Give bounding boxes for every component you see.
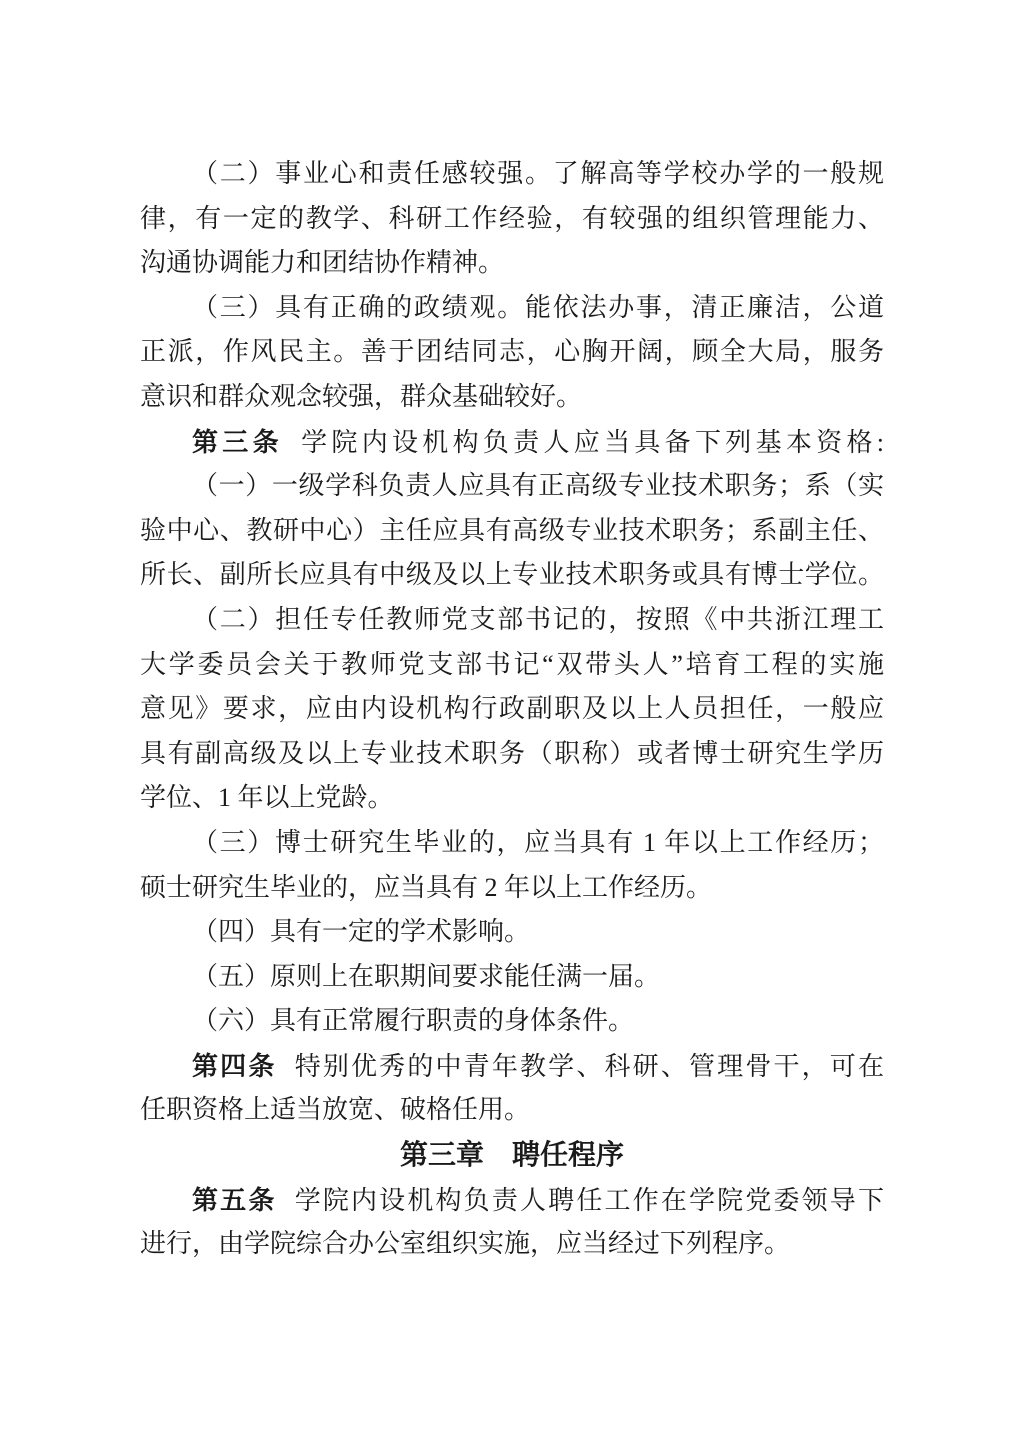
document-line: 进行，由学院综合办公室组织实施，应当经过下列程序。 [140, 1222, 884, 1267]
line-text: 学院内设机构负责人聘任工作在学院党委领导下 [295, 1186, 884, 1215]
document-line: 所长、副所长应具有中级及以上专业技术职务或具有博士学位。 [140, 553, 884, 598]
document-line: 验中心、教研中心）主任应具有高级专业技术职务；系副主任、 [140, 509, 884, 554]
document-line: （一）一级学科负责人应具有正高级专业技术职务；系（实 [140, 464, 884, 509]
document-line: （四）具有一定的学术影响。 [140, 910, 884, 955]
document-line: 学位、1 年以上党龄。 [140, 776, 884, 821]
document-line: 第五条学院内设机构负责人聘任工作在学院党委领导下 [140, 1178, 884, 1223]
document-body: （二）事业心和责任感较强。了解高等学校办学的一般规律，有一定的教学、科研工作经验… [140, 152, 884, 1267]
document-line: 大学委员会关于教师党支部书记“双带头人”培育工程的实施 [140, 643, 884, 688]
article-number: 第五条 [192, 1185, 277, 1215]
article-number: 第四条 [192, 1051, 277, 1081]
document-line: 律，有一定的教学、科研工作经验，有较强的组织管理能力、 [140, 197, 884, 242]
document-line: 正派，作风民主。善于团结同志，心胸开阔，顾全大局，服务 [140, 330, 884, 375]
document-line: 硕士研究生毕业的，应当具有 2 年以上工作经历。 [140, 866, 884, 911]
document-line: （六）具有正常履行职责的身体条件。 [140, 999, 884, 1044]
document-line: 意见》要求，应由内设机构行政副职及以上人员担任，一般应 [140, 687, 884, 732]
document-line: （二）担任专任教师党支部书记的，按照《中共浙江理工 [140, 598, 884, 643]
document-line: （二）事业心和责任感较强。了解高等学校办学的一般规 [140, 152, 884, 197]
line-text: 学院内设机构负责人应当具备下列基本资格: [301, 428, 884, 457]
document-line: （三）具有正确的政绩观。能依法办事，清正廉洁，公道 [140, 286, 884, 331]
document-line: 具有副高级及以上专业技术职务（职称）或者博士研究生学历 [140, 732, 884, 777]
document-line: 第三条学院内设机构负责人应当具备下列基本资格: [140, 420, 884, 465]
document-line: （三）博士研究生毕业的，应当具有 1 年以上工作经历； [140, 821, 884, 866]
document-page: （二）事业心和责任感较强。了解高等学校办学的一般规律，有一定的教学、科研工作经验… [0, 0, 1024, 1448]
chapter-heading: 第三章 聘任程序 [140, 1133, 884, 1178]
document-line: 第四条特别优秀的中青年教学、科研、管理骨干，可在 [140, 1044, 884, 1089]
article-number: 第三条 [192, 427, 283, 457]
document-line: 意识和群众观念较强，群众基础较好。 [140, 375, 884, 420]
document-line: （五）原则上在职期间要求能任满一届。 [140, 955, 884, 1000]
document-line: 任职资格上适当放宽、破格任用。 [140, 1088, 884, 1133]
line-text: 特别优秀的中青年教学、科研、管理骨干，可在 [295, 1052, 884, 1081]
document-line: 沟通协调能力和团结协作精神。 [140, 241, 884, 286]
